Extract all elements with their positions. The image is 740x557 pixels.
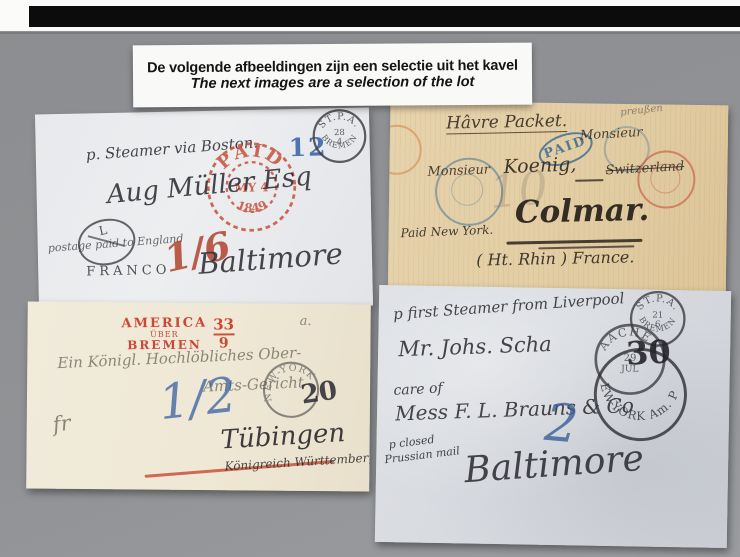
svg-text:1849: 1849: [235, 198, 270, 216]
pen-dash: [575, 179, 603, 182]
caption-english: The next images are a selection of the l…: [191, 74, 475, 92]
blue-rate: 1/2: [156, 367, 239, 431]
cover-bottom-left: AMERICA ÜBER BREMEN 33 9 a. Ein Königl. …: [26, 302, 371, 492]
destination: Baltimore: [463, 438, 645, 491]
destination: Colmar.: [515, 192, 650, 231]
rate-33: 33: [213, 315, 234, 335]
care-of: care of: [393, 380, 443, 399]
black-rate-20: 20: [299, 376, 339, 411]
destination-underline-1: [506, 239, 642, 244]
addressee-name: Koenig,: [503, 153, 577, 178]
franco-handstamp: FRANCO: [86, 263, 170, 280]
caption-label: De volgende afbeeldingen zijn een select…: [133, 43, 532, 108]
photo-black-bar: [29, 6, 740, 27]
monsieur-left: Monsieur: [427, 162, 490, 179]
routing-note: Hâvre Packet.: [446, 111, 568, 135]
handstamp-lines: AMERICA ÜBER BREMEN: [121, 316, 207, 353]
cds-month: 4: [337, 136, 343, 146]
lot-photo: De volgende afbeeldingen zijn een select…: [0, 0, 740, 557]
cds-day: 21: [652, 311, 663, 321]
red-cds-inner-ring: [650, 163, 680, 193]
routing-note: p first Steamer from Liverpool: [393, 289, 625, 323]
address-line1: Ein Königl. Hochlöbliches Ober-: [57, 344, 302, 373]
region-note: ( Ht. Rhin ) France.: [476, 247, 635, 269]
pencil-fr: fr: [51, 411, 72, 437]
addressee-line1: Mr. Johs. Scha: [398, 332, 552, 361]
orange-cds-partial: [388, 124, 422, 175]
cover-top-right: Hâvre Packet. preußen PAID Monsieur 10 M…: [388, 101, 729, 303]
cover-bottom-right: p first Steamer from Liverpool ST.P.A. B…: [375, 285, 731, 548]
bremen-cds-stamp: ST.P.A. BREMEN 28 4: [311, 108, 368, 165]
pencil-note: preußen: [620, 103, 664, 119]
cover-top-left: p. Steamer via Boston. 12 ST.P.A. BREMEN…: [35, 108, 373, 313]
paid-year: 1849: [235, 198, 270, 216]
destination: Tübingen: [220, 418, 346, 456]
black-rate-30: 30: [625, 333, 671, 373]
photo-surface-seam: [0, 31, 740, 34]
pencil-a: a.: [300, 314, 312, 329]
paid-newyork-note: Paid New York.: [400, 223, 493, 241]
oval-letter: L: [97, 223, 108, 238]
